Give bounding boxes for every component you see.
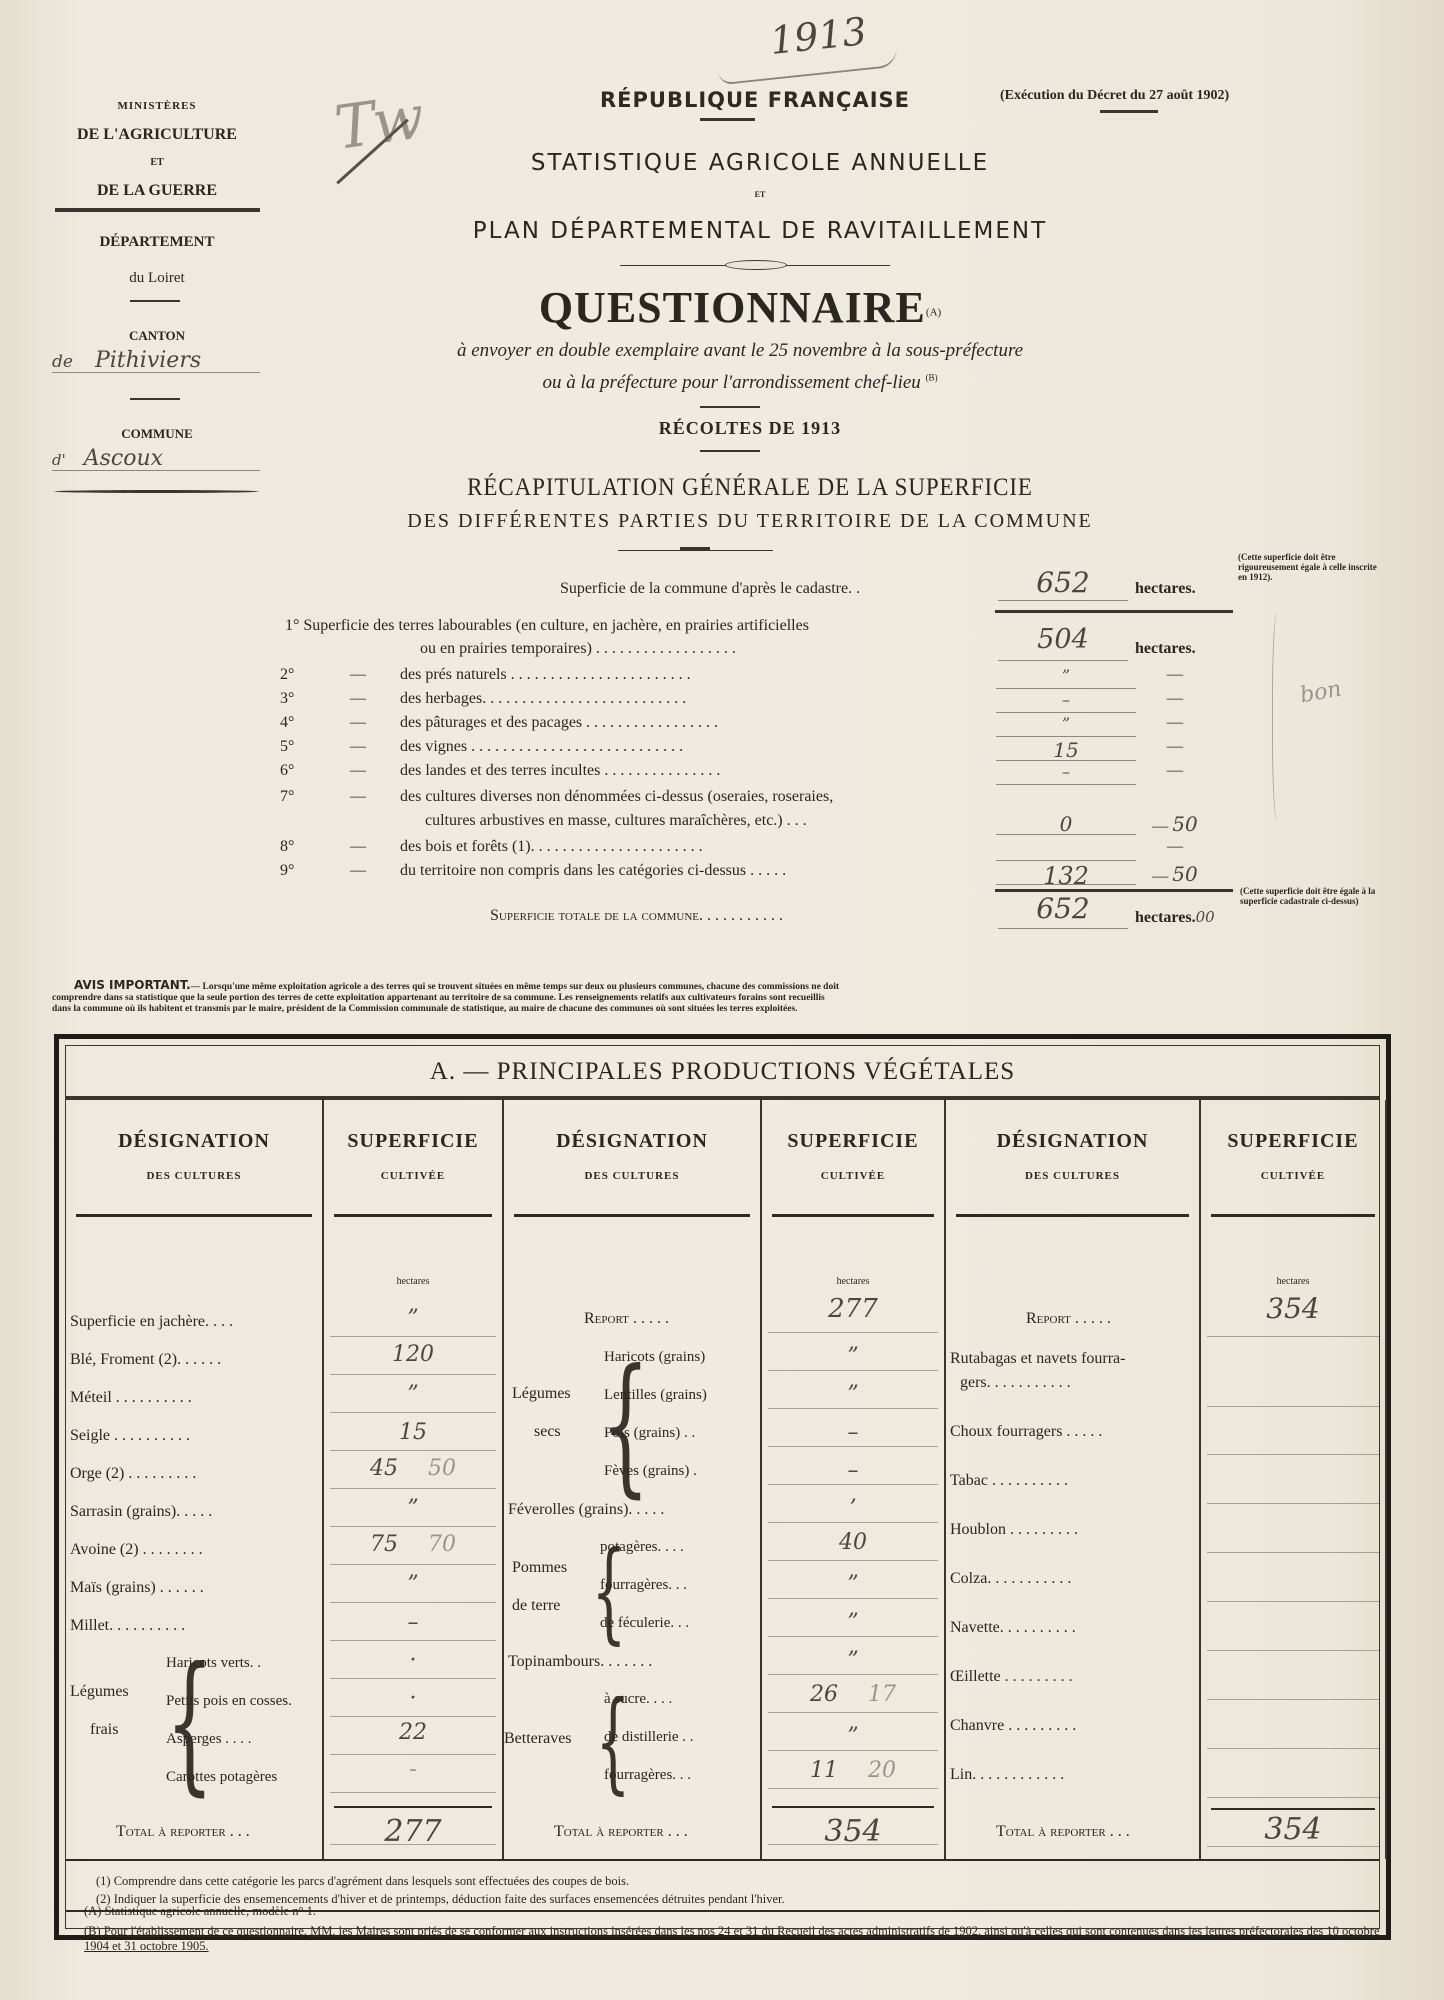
crop-value-main: 11: [810, 1758, 838, 1783]
row-number: 3°: [280, 690, 310, 708]
row1-unit: hectares.: [1135, 640, 1196, 658]
report-label: Report . . . . .: [1026, 1310, 1111, 1328]
recap-ornament-center: [680, 547, 710, 551]
questionnaire-title: QUESTIONNAIRE: [539, 283, 926, 332]
row-line: [1207, 1503, 1379, 1504]
row-line: [330, 1678, 496, 1679]
side-note-top: (Cette superficie doit être rigoureuseme…: [1238, 552, 1388, 582]
recap-row-9: 9° — du territoire non compris dans les …: [280, 862, 1220, 886]
document-page: 1913 Tw MINISTÈRES DE L'AGRICULTURE ET D…: [0, 0, 1444, 2000]
crop-label: Choux fourragers . . . . .: [950, 1423, 1102, 1441]
crop-label: Blé, Froment (2). . . . . .: [70, 1351, 221, 1369]
row-line: [1207, 1797, 1379, 1798]
row-label: des herbages. . . . . . . . . . . . . . …: [400, 690, 686, 708]
superficie-header: SUPERFICIE: [762, 1130, 944, 1153]
designation-header: DÉSIGNATION: [66, 1130, 322, 1153]
group-label-secs: secs: [534, 1423, 561, 1441]
stat-and: ET: [740, 190, 780, 199]
canton-label: CANTON: [52, 328, 262, 344]
crop-label: à sucre. . . .: [604, 1691, 672, 1708]
instruction-line-2: ou à la préfecture pour l'arrondissement…: [320, 372, 1160, 394]
commune-prefix: d': [52, 451, 66, 469]
total-value[interactable]: 652: [998, 892, 1128, 929]
crop-value[interactable]: ’: [762, 1496, 944, 1521]
recap-row-7b: cultures arbustives en masse, cultures m…: [280, 812, 1220, 836]
row-unit: —: [1135, 762, 1215, 780]
department-label: DÉPARTEMENT: [52, 234, 262, 251]
crop-value[interactable]: 1120: [762, 1758, 944, 1783]
recap-row-6: 6° — des landes et des terres incultes .…: [280, 762, 1220, 786]
footnote-b-line-1: (B) Pour l'établissement de ce questionn…: [84, 1924, 1008, 1938]
row-unit: —: [1135, 714, 1215, 732]
total-label: Total à reporter . . .: [116, 1823, 250, 1841]
row1-label-b: ou en prairies temporaires) . . . . . . …: [420, 640, 736, 658]
recap-subtitle: DES DIFFÉRENTES PARTIES DU TERRITOIRE DE…: [320, 510, 1180, 533]
crop-value[interactable]: 15: [324, 1420, 502, 1445]
crop-value[interactable]: ”: [324, 1306, 502, 1331]
canton-value: Pithiviers: [95, 348, 201, 373]
row-label: des vignes . . . . . . . . . . . . . . .…: [400, 738, 683, 756]
crop-value[interactable]: ·: [324, 1648, 502, 1673]
crop-label: Houblon . . . . . . . . .: [950, 1521, 1078, 1539]
crops-table: A. — PRINCIPALES PRODUCTIONS VÉGÉTALES D…: [54, 1034, 1391, 1940]
row-value[interactable]: ”: [996, 714, 1136, 737]
masthead-rule: [55, 208, 260, 212]
crop-label: de distillerie . .: [604, 1729, 694, 1746]
crop-value[interactable]: ”: [324, 1572, 502, 1597]
header-rule: [1211, 1214, 1375, 1217]
notice-title: AVIS IMPORTANT.: [74, 978, 191, 992]
crop-label: Carottes potagères: [166, 1769, 277, 1786]
row-unit: —: [1135, 666, 1215, 684]
recap-row-8: 8° — des bois et forêts (1). . . . . . .…: [280, 838, 1220, 862]
footnote-1: (1) Comprendre dans cette catégorie les …: [96, 1874, 629, 1889]
row-line: [330, 1602, 496, 1603]
cadastre-rule: [995, 610, 1233, 613]
crop-value[interactable]: 22: [324, 1720, 502, 1745]
row-line: [330, 1450, 496, 1451]
row-value[interactable]: ”: [996, 666, 1136, 689]
row-line: [768, 1636, 938, 1637]
row-dash: —: [350, 788, 366, 806]
crop-value[interactable]: 2617: [762, 1682, 944, 1707]
crop-value-extra: 50: [428, 1456, 456, 1481]
row-line: [1207, 1454, 1379, 1455]
footnote-a: (A) Statistique agricole annuelle, modèl…: [84, 1904, 316, 1919]
masthead-ornament: [54, 490, 259, 493]
row-unit: —: [1135, 738, 1215, 756]
row-line: [330, 1374, 496, 1375]
unit-label: hectares: [762, 1276, 944, 1287]
row-value[interactable]: 15: [996, 738, 1136, 761]
crops-table-inner: A. — PRINCIPALES PRODUCTIONS VÉGÉTALES D…: [65, 1045, 1380, 1929]
superficie-subheader: CULTIVÉE: [1201, 1170, 1385, 1182]
group-label-legumes: Légumes: [512, 1385, 571, 1403]
header-rule: [514, 1214, 750, 1217]
row-line: [768, 1598, 938, 1599]
row-label: cultures arbustives en masse, cultures m…: [425, 812, 807, 830]
crop-label: Avoine (2) . . . . . . . .: [70, 1541, 203, 1559]
row-line: [1207, 1601, 1379, 1602]
row-line: [768, 1484, 938, 1485]
crop-label: Millet. . . . . . . . . .: [70, 1617, 185, 1635]
group-label-legumes: Légumes: [70, 1683, 129, 1701]
pencil-side-mark: bon: [1298, 677, 1343, 709]
total-extra: 00: [1196, 908, 1215, 926]
crop-value-main: 45: [370, 1456, 398, 1481]
footnote-rule-top: [66, 1859, 1379, 1861]
total-rule: [1211, 1808, 1375, 1810]
crop-value[interactable]: ”: [762, 1610, 944, 1635]
row-dash: —: [350, 862, 366, 880]
col-superficie-2: SUPERFICIE CULTIVÉE hectares 277: [762, 1100, 946, 1859]
commune-field: d' Ascoux: [52, 446, 260, 471]
crop-label: Asperges . . . .: [166, 1731, 252, 1748]
crop-label: Pois (grains) . .: [604, 1425, 695, 1442]
row-line: [1207, 1650, 1379, 1651]
crop-label: Œillette . . . . . . . . .: [950, 1668, 1073, 1686]
total-value[interactable]: 354: [762, 1814, 944, 1849]
crop-value[interactable]: 7570: [324, 1532, 502, 1557]
notice-line-2: comprendre dans sa statistique que la se…: [52, 993, 825, 1003]
row-line: [768, 1408, 938, 1409]
designation-header: DÉSIGNATION: [504, 1130, 760, 1153]
row-unit: —: [1135, 690, 1215, 708]
republic-title: RÉPUBLIQUE FRANÇAISE: [540, 88, 970, 112]
row-line: [768, 1712, 938, 1713]
row-label: des landes et des terres incultes . . . …: [400, 762, 720, 780]
crop-label: Topinambours. . . . . . .: [508, 1653, 652, 1671]
superficie-subheader: CULTIVÉE: [762, 1170, 944, 1182]
crop-label: Navette. . . . . . . . . .: [950, 1619, 1076, 1637]
plan-title: PLAN DÉPARTEMENTAL DE RAVITAILLEMENT: [370, 218, 1150, 244]
crop-value[interactable]: ”: [324, 1382, 502, 1407]
row-unit: — 50: [1135, 862, 1215, 886]
header-rule: [772, 1214, 934, 1217]
crop-value[interactable]: –: [762, 1458, 944, 1483]
col-superficie-1: SUPERFICIE CULTIVÉE hectares ”: [324, 1100, 504, 1859]
questionnaire-note: (A): [926, 307, 941, 319]
superficie-subheader: CULTIVÉE: [324, 1170, 502, 1182]
row-line: [768, 1522, 938, 1523]
total-value[interactable]: 277: [324, 1814, 502, 1849]
crop-value[interactable]: ·: [324, 1686, 502, 1711]
crop-label: Haricots (grains): [604, 1349, 705, 1366]
republic-rule: [700, 118, 755, 121]
crop-value[interactable]: ”: [762, 1344, 944, 1369]
crop-value-extra: 20: [868, 1758, 896, 1783]
cadastre-label: Superficie de la commune d'après le cada…: [560, 580, 860, 598]
row-line: [768, 1560, 938, 1561]
department-value: du Loiret: [52, 270, 262, 287]
crop-value[interactable]: ”: [762, 1572, 944, 1597]
row-line: [330, 1754, 496, 1755]
crop-label: Petits pois en cosses.: [166, 1693, 292, 1710]
instruction-note: (B): [926, 373, 938, 383]
report-value[interactable]: 354: [1201, 1292, 1385, 1325]
row-number: 7°: [280, 788, 310, 806]
row-line: [1207, 1552, 1379, 1553]
col-designation-3: DÉSIGNATION DES CULTURES Report . . . . …: [946, 1100, 1201, 1859]
crop-label: fourragères. . .: [604, 1767, 691, 1784]
questionnaire-heading: QUESTIONNAIRE(A): [420, 282, 1060, 333]
row-line: [330, 1792, 496, 1793]
header-rule: [76, 1214, 312, 1217]
crop-value[interactable]: –: [324, 1762, 502, 1778]
row-label: des prés naturels . . . . . . . . . . . …: [400, 666, 691, 684]
notice-line-1: — Lorsqu'une même exploitation agricole …: [191, 982, 839, 992]
row-number: 2°: [280, 666, 310, 684]
row-number: 6°: [280, 762, 310, 780]
row-label: des cultures diverses non dénommées ci-d…: [400, 788, 833, 806]
col-superficie-3: SUPERFICIE CULTIVÉE hectares 354 354: [1201, 1100, 1387, 1859]
harvest-rule: [700, 450, 760, 452]
recap-row-3: 3° — des herbages. . . . . . . . . . . .…: [280, 690, 1220, 714]
row1-label-a: 1° Superficie des terres labourables (en…: [285, 617, 809, 635]
crop-label: Lin. . . . . . . . . . . .: [950, 1766, 1064, 1784]
header-rule: [334, 1214, 492, 1217]
recap-row-4: 4° — des pâturages et des pacages . . . …: [280, 714, 1220, 738]
row-unit: —: [1135, 838, 1215, 856]
crop-value[interactable]: ”: [762, 1724, 944, 1749]
crop-label: Rutabagas et navets fourra-: [950, 1350, 1125, 1368]
ministries-label: MINISTÈRES: [52, 100, 262, 112]
row-line: [768, 1674, 938, 1675]
row-line: [1207, 1748, 1379, 1749]
crop-label: Fèves (grains) .: [604, 1463, 697, 1480]
row-line: [330, 1716, 496, 1717]
commune-value: Ascoux: [84, 446, 163, 471]
instruction-line-2-text: ou à la préfecture pour l'arrondissement…: [542, 372, 920, 393]
recap-row-5: 5° — des vignes . . . . . . . . . . . . …: [280, 738, 1220, 762]
row-line: [330, 1488, 496, 1489]
side-note-bottom: (Cette superficie doit être égale à la s…: [1240, 886, 1390, 906]
row-line: [330, 1336, 496, 1337]
crop-label: Chanvre . . . . . . . . .: [950, 1717, 1076, 1735]
notice-line-3: dans la commune où ils habitent et trans…: [52, 1004, 798, 1014]
row-line: [330, 1526, 496, 1527]
ministry-war: DE LA GUERRE: [52, 182, 262, 200]
ministry-agriculture: DE L'AGRICULTURE: [52, 126, 262, 144]
row-dash: —: [350, 838, 366, 856]
cadastre-unit: hectares.: [1135, 580, 1196, 598]
superficie-header: SUPERFICIE: [1201, 1130, 1385, 1153]
designation-subheader: DES CULTURES: [946, 1170, 1199, 1182]
row-label: du territoire non compris dans les catég…: [400, 862, 786, 880]
row-line: [768, 1446, 938, 1447]
important-notice: AVIS IMPORTANT.— Lorsqu'une même exploit…: [52, 980, 1392, 1015]
row-line: [768, 1788, 938, 1789]
row-line: [330, 1640, 496, 1641]
group-label-pommes: Pommes: [512, 1559, 567, 1577]
crop-label: Sarrasin (grains). . . . .: [70, 1503, 212, 1521]
crop-label: Haricots verts. .: [166, 1655, 261, 1672]
row-line: [768, 1332, 938, 1333]
crop-label: Lentilles (grains): [604, 1387, 707, 1404]
crop-value[interactable]: ”: [762, 1382, 944, 1407]
crop-label: Maïs (grains) . . . . . .: [70, 1579, 204, 1597]
row-line: [768, 1370, 938, 1371]
row-value[interactable]: –: [996, 762, 1136, 785]
crop-label: Colza. . . . . . . . . . .: [950, 1570, 1071, 1588]
row-extra: 50: [1172, 862, 1197, 886]
total-label: Superficie totale de la commune. . . . .…: [490, 907, 783, 925]
instruction-line-1: à envoyer en double exemplaire avant le …: [320, 340, 1160, 362]
crop-value[interactable]: –: [324, 1610, 502, 1635]
row-dash: —: [1152, 868, 1168, 885]
crop-label-continued: gers. . . . . . . . . . .: [960, 1374, 1071, 1392]
superficie-header: SUPERFICIE: [324, 1130, 502, 1153]
ornament-flourish: [725, 260, 787, 270]
recap-row-2: 2° — des prés naturels . . . . . . . . .…: [280, 666, 1220, 690]
canton-rule: [130, 398, 180, 400]
footnote-b: (B) Pour l'établissement de ce questionn…: [84, 1924, 1384, 1954]
row-dash: —: [350, 762, 366, 780]
total-rule: [334, 1806, 492, 1808]
crop-label: Superficie en jachère. . . .: [70, 1313, 233, 1331]
row-number: 9°: [280, 862, 310, 880]
crop-label: Féverolles (grains). . . . .: [508, 1501, 664, 1519]
crop-label: Méteil . . . . . . . . . .: [70, 1389, 192, 1407]
designation-header: DÉSIGNATION: [946, 1130, 1199, 1153]
designation-subheader: DES CULTURES: [504, 1170, 760, 1182]
row-dash: —: [350, 690, 366, 708]
col-designation-2: DÉSIGNATION DES CULTURES Report . . . . …: [504, 1100, 762, 1859]
ministry-and: ET: [52, 157, 262, 168]
crop-value[interactable]: –: [762, 1420, 944, 1445]
pencil-bracket: [1272, 612, 1285, 822]
row-dash: —: [1152, 818, 1168, 835]
group-label-de-terre: de terre: [512, 1597, 560, 1615]
canton-field: de Pithiviers: [52, 348, 260, 373]
row-line: [1207, 1699, 1379, 1700]
commune-label: COMMUNE: [52, 426, 262, 442]
row-number: 8°: [280, 838, 310, 856]
crop-value-extra: 70: [428, 1532, 456, 1557]
row1-value[interactable]: 504: [998, 624, 1128, 661]
crop-label: fourragères. . .: [600, 1577, 687, 1594]
table-title: A. — PRINCIPALES PRODUCTIONS VÉGÉTALES: [66, 1046, 1379, 1100]
row-value[interactable]: –: [996, 690, 1136, 713]
total-rule: [772, 1806, 934, 1808]
row-value[interactable]: 0: [996, 812, 1136, 835]
decree-note: (Exécution du Décret du 27 août 1902): [1000, 88, 1229, 104]
col-designation-1: DÉSIGNATION DES CULTURES Superficie en j…: [66, 1100, 324, 1859]
crop-value[interactable]: 4550: [324, 1456, 502, 1481]
row-dash: —: [350, 714, 366, 732]
crop-value-extra: 17: [868, 1682, 896, 1707]
row-label: des bois et forêts (1). . . . . . . . . …: [400, 838, 703, 856]
total-unit-text: hectares.: [1135, 909, 1196, 926]
row-value[interactable]: [996, 838, 1136, 861]
cadastre-value[interactable]: 652: [998, 566, 1128, 601]
row-line: [1207, 1336, 1379, 1337]
row-dash: —: [350, 738, 366, 756]
crop-label: Tabac . . . . . . . . . .: [950, 1472, 1068, 1490]
instruction-rule: [700, 406, 760, 408]
crop-label: Seigle . . . . . . . . . .: [70, 1427, 190, 1445]
crop-label: potagères. . . .: [600, 1539, 684, 1556]
canton-prefix: de: [52, 352, 73, 372]
harvest-year: RÉCOLTES DE 1913: [500, 418, 1000, 439]
total-label: Total à reporter . . .: [554, 1823, 688, 1841]
crop-label: de féculerie. . .: [600, 1615, 689, 1632]
row-dash: —: [350, 666, 366, 684]
row-line: [330, 1564, 496, 1565]
decree-rule: [1100, 110, 1158, 113]
row-value[interactable]: 132: [996, 862, 1136, 885]
group-label-betteraves: Betteraves: [504, 1730, 572, 1748]
row-extra: 50: [1172, 812, 1197, 836]
report-value[interactable]: 277: [762, 1294, 944, 1324]
row-label: des pâturages et des pacages . . . . . .…: [400, 714, 718, 732]
group-label-frais: frais: [90, 1721, 118, 1739]
crop-label: Orge (2) . . . . . . . . .: [70, 1465, 196, 1483]
row-line: [1207, 1406, 1379, 1407]
total-unit: hectares.00: [1135, 908, 1215, 927]
total-label: Total à reporter . . .: [996, 1823, 1130, 1841]
crop-value[interactable]: 120: [324, 1342, 502, 1367]
row-unit: — 50: [1135, 812, 1215, 836]
report-label: Report . . . . .: [584, 1310, 669, 1328]
crop-value[interactable]: ”: [762, 1648, 944, 1673]
stat-title: STATISTIQUE AGRICOLE ANNUELLE: [400, 150, 1120, 176]
crop-value-main: 75: [370, 1532, 398, 1557]
row-line: [330, 1412, 496, 1413]
crop-value[interactable]: 40: [762, 1530, 944, 1555]
department-rule: [130, 300, 180, 302]
row-number: 5°: [280, 738, 310, 756]
crop-value-main: 26: [810, 1682, 838, 1707]
header-rule: [956, 1214, 1189, 1217]
unit-label: hectares: [1201, 1276, 1385, 1287]
designation-subheader: DES CULTURES: [66, 1170, 322, 1182]
unit-label: hectares: [324, 1276, 502, 1287]
row-line: [768, 1750, 938, 1751]
total-value[interactable]: 354: [1201, 1812, 1385, 1847]
recap-title: RÉCAPITULATION GÉNÉRALE DE LA SUPERFICIE: [364, 474, 1137, 502]
recap-row-7a: 7° — des cultures diverses non dénommées…: [280, 788, 1220, 812]
row-number: 4°: [280, 714, 310, 732]
crop-value[interactable]: ”: [324, 1496, 502, 1521]
